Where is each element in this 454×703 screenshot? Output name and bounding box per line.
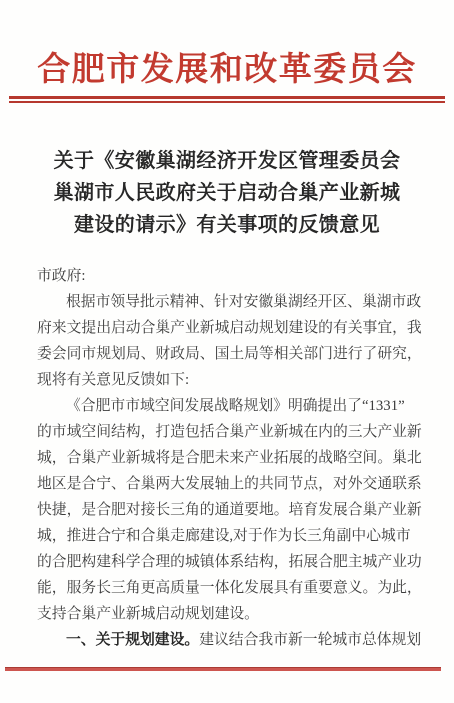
body-line: 地区是合宁、合巢两大发展轴上的共同节点，对外交通联系 <box>37 471 421 497</box>
body-line: 府来文提出启动合巢产业新城启动规划建设的有关事宜，我 <box>37 315 421 341</box>
body-line-text: 建议结合我市新一轮城市总体规划 <box>199 632 421 648</box>
body-line: 的合肥构建科学合理的城镇体系结构，拓展合肥主城产业功 <box>37 549 421 575</box>
header-divider <box>9 96 445 103</box>
footer-divider <box>5 667 441 671</box>
body-line: 城，合巢产业新城将是合肥未来产业拓展的战略空间。巢北 <box>37 445 421 471</box>
body-line-final: 一、关于规划建设。建议结合我市新一轮城市总体规划 <box>37 627 421 653</box>
body-line: 现将有关意见反馈如下: <box>37 367 421 393</box>
document-title: 关于《安徽巢湖经济开发区管理委员会 巢湖市人民政府关于启动合巢产业新城 建设的请… <box>0 145 454 241</box>
body-line: 能，服务长三角更高质量一体化发展具有重要意义。为此， <box>37 575 421 601</box>
body-line: 快捷，是合肥对接长三角的通道要地。培育发展合巢产业新 <box>37 497 421 523</box>
document-title-line: 建设的请示》有关事项的反馈意见 <box>0 209 454 241</box>
document-title-line: 关于《安徽巢湖经济开发区管理委员会 <box>0 145 454 177</box>
body-line: 根据市领导批示精神、针对安徽巢湖经开区、巢湖市政 <box>37 289 421 315</box>
document-page: 合肥市发展和改革委员会 关于《安徽巢湖经济开发区管理委员会 巢湖市人民政府关于启… <box>0 0 454 703</box>
body-line: 城，推进合宁和合巢走廊建设,对于作为长三角副中心城市 <box>37 523 421 549</box>
document-body: 市政府: 根据市领导批示精神、针对安徽巢湖经开区、巢湖市政 府来文提出启动合巢产… <box>37 263 421 653</box>
agency-name: 合肥市发展和改革委员会 <box>0 0 454 90</box>
section-heading: 一、关于规划建设。 <box>66 632 199 648</box>
document-title-line: 巢湖市人民政府关于启动合巢产业新城 <box>0 177 454 209</box>
body-line: 《合肥市市域空间发展战略规划》明确提出了“1331” <box>37 393 421 419</box>
body-line: 的市域空间结构，打造包括合巢产业新城在内的三大产业新 <box>37 419 421 445</box>
body-line: 支持合巢产业新城启动规划建设。 <box>37 601 421 627</box>
salutation: 市政府: <box>37 263 421 289</box>
body-line: 委会同市规划局、财政局、国土局等相关部门进行了研究， <box>37 341 421 367</box>
